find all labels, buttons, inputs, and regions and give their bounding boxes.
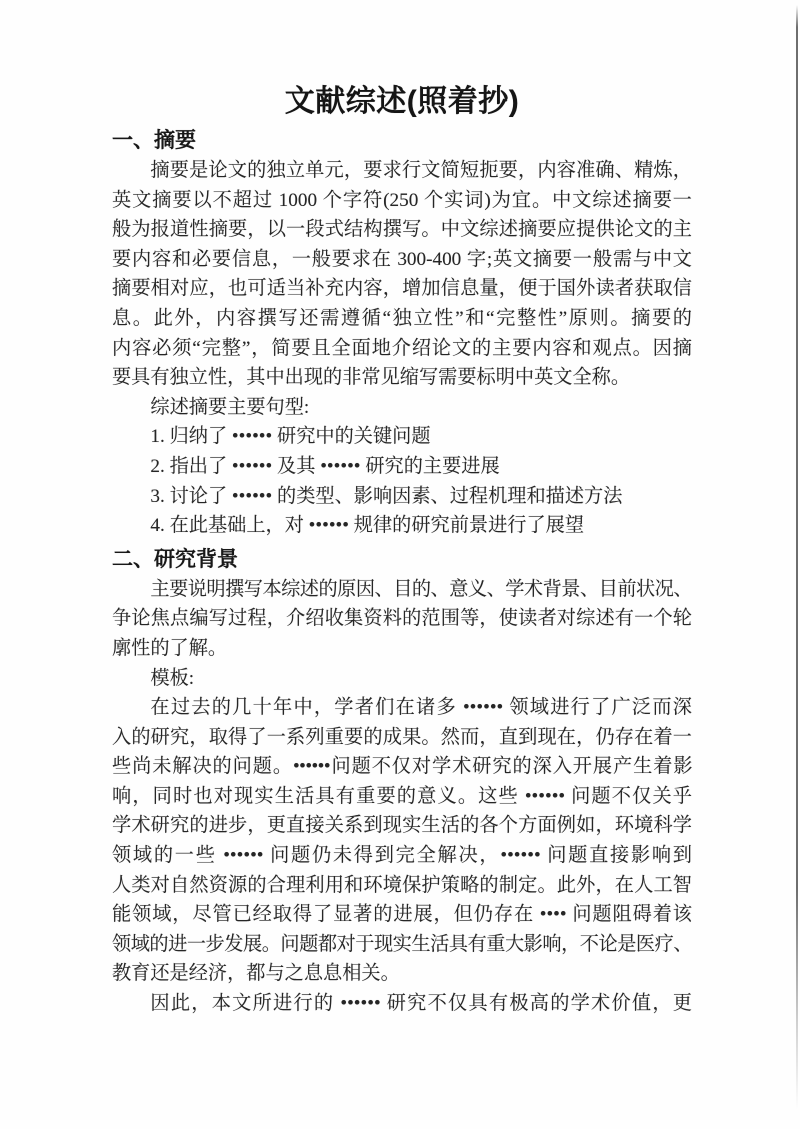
text-line: 模板: — [112, 664, 692, 694]
text-line: 学术研究的进步，更直接关系到现实生活的各个方面例如，环境科学 — [112, 811, 692, 841]
text-line: 息。此外，内容撰写还需遵循“独立性”和“完整性”原则。摘要的 — [112, 304, 692, 334]
text-line: 要内容和必要信息，一般要求在 300-400 字;英文摘要一般需与中文 — [112, 245, 692, 275]
document-body: 一、摘要摘要是论文的独立单元，要求行文简短扼要，内容准确、精炼，英文摘要以不超过… — [112, 126, 692, 1019]
document-page: 文献综述(照着抄) 一、摘要摘要是论文的独立单元，要求行文简短扼要，内容准确、精… — [0, 0, 800, 1129]
text-line: 领域的一些 •••••• 问题仍未得到完全解决，•••••• 问题直接影响到 — [112, 841, 692, 871]
text-line: 要具有独立性，其中出现的非常见缩写需要标明中英文全称。 — [112, 363, 692, 393]
text-line: 综述摘要主要句型: — [112, 393, 692, 423]
text-line: 教育还是经济，都与之息息相关。 — [112, 959, 692, 989]
text-line: 在过去的几十年中，学者们在诸多 •••••• 领域进行了广泛而深 — [112, 693, 692, 723]
text-line: 主要说明撰写本综述的原因、目的、意义、学术背景、目前状况、 — [112, 575, 692, 605]
text-line: 能领域，尽管已经取得了显著的进展，但仍存在 •••• 问题阻碍着该 — [112, 900, 692, 930]
text-line: 4. 在此基础上，对 •••••• 规律的研究前景进行了展望 — [112, 511, 692, 541]
text-line: 人类对自然资源的合理利用和环境保护策略的制定。此外，在人工智 — [112, 871, 692, 901]
text-line: 响，同时也对现实生活具有重要的意义。这些 •••••• 问题不仅关乎 — [112, 782, 692, 812]
text-line: 摘要是论文的独立单元，要求行文简短扼要，内容准确、精炼， — [112, 156, 692, 186]
page-edge-shadow — [796, 5, 798, 1110]
text-line: 领域的进一步发展。问题都对于现实生活具有重大影响，不论是医疗、 — [112, 930, 692, 960]
text-line: 2. 指出了 •••••• 及其 •••••• 研究的主要进展 — [112, 452, 692, 482]
text-line: 1. 归纳了 •••••• 研究中的关键问题 — [112, 422, 692, 452]
text-line: 因此，本文所进行的 •••••• 研究不仅具有极高的学术价值，更 — [112, 989, 692, 1019]
document-content: 文献综述(照着抄) 一、摘要摘要是论文的独立单元，要求行文简短扼要，内容准确、精… — [112, 82, 692, 1019]
text-line: 般为报道性摘要，以一段式结构撰写。中文综述摘要应提供论文的主 — [112, 215, 692, 245]
text-line: 廓性的了解。 — [112, 634, 692, 664]
section-heading: 一、摘要 — [112, 126, 692, 156]
text-line: 摘要相对应，也可适当补充内容，增加信息量，便于国外读者获取信 — [112, 274, 692, 304]
text-line: 3. 讨论了 •••••• 的类型、影响因素、过程机理和描述方法 — [112, 482, 692, 512]
text-line: 入的研究，取得了一系列重要的成果。然而，直到现在，仍存在着一 — [112, 723, 692, 753]
text-line: 争论焦点编写过程，介绍收集资料的范围等，使读者对综述有一个轮 — [112, 604, 692, 634]
document-title: 文献综述(照着抄) — [112, 82, 692, 122]
text-line: 些尚未解决的问题。••••••问题不仅对学术研究的深入开展产生着影 — [112, 752, 692, 782]
section-heading: 二、研究背景 — [112, 545, 692, 575]
text-line: 内容必须“完整”，简要且全面地介绍论文的主要内容和观点。因摘 — [112, 334, 692, 364]
text-line: 英文摘要以不超过 1000 个字符(250 个实词)为宜。中文综述摘要一 — [112, 186, 692, 216]
